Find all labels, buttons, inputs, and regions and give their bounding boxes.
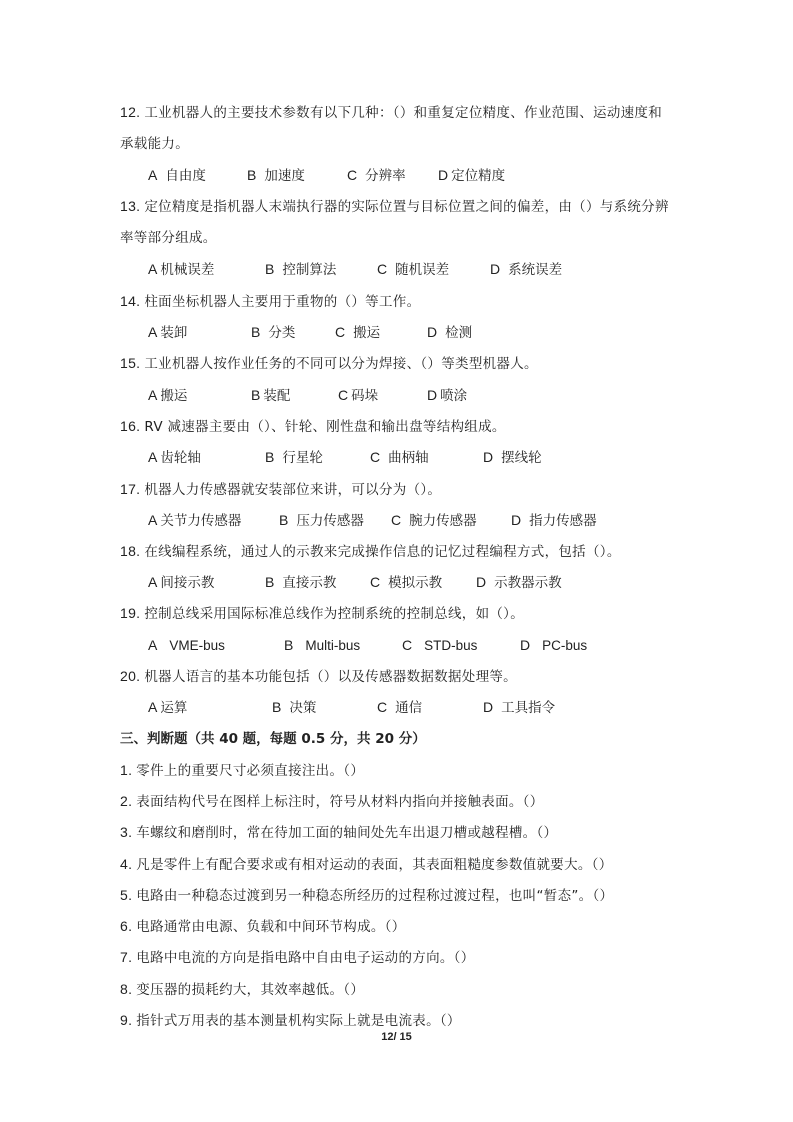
question-number: 14. [120,293,140,309]
judgment-8: 8.变压器的损耗约大，其效率越低。（） [120,980,364,999]
option-c: C曲柄轴 [370,448,429,467]
question-19: 19.控制总线采用国际标准总线作为控制系统的控制总线，如（）。 [120,604,524,623]
question-number: 16. [120,418,140,434]
question-13-continued: 率等部分组成。 [120,229,217,247]
judgment-2: 2.表面结构代号在图样上标注时，符号从材料内指向并接触表面。（） [120,792,544,811]
option-d: D定位精度 [438,166,505,185]
judgment-6: 6.电路通常由电源、负载和中间环节构成。（） [120,917,406,936]
judgment-3: 3.车螺纹和磨削时，常在待加工面的轴间处先车出退刀槽或越程槽。（） [120,823,557,842]
option-a: A搬运 [148,386,187,405]
question-number: 18. [120,543,140,559]
section-heading: 三、判断题（共 40 题，每题 0.5 分，共 20 分） [120,730,426,748]
option-d: D指力传感器 [511,511,597,530]
question-text: 机器人力传感器就安装部位来讲，可以分为（）。 [144,482,441,498]
question-text: 机器人语言的基本功能包括（）以及传感器数据数据处理等。 [144,669,517,685]
option-b: B决策 [272,698,316,717]
option-d: D摆线轮 [483,448,542,467]
option-a: A装卸 [148,323,187,342]
option-a: A机械误差 [148,260,214,279]
question-13: 13.定位精度是指机器人末端执行器的实际位置与目标位置之间的偏差，由（）与系统分… [120,197,669,216]
question-14: 14.柱面坐标机器人主要用于重物的（）等工作。 [120,292,420,311]
option-b: B分类 [251,323,295,342]
option-d: D工具指令 [483,698,555,717]
option-c: C模拟示教 [370,573,442,592]
question-number: 19. [120,605,140,621]
option-a: AVME-bus [148,636,225,655]
question-18: 18.在线编程系统，通过人的示教来完成操作信息的记忆过程编程方式，包括（）。 [120,542,621,561]
question-number: 12. [120,104,140,120]
judgment-5: 5.电路由一种稳态过渡到另一种稳态所经历的过程称过渡过程，也叫“暂态”。（） [120,886,613,905]
option-a: A间接示教 [148,573,214,592]
page-number: 12/ 15 [0,1031,793,1043]
question-15: 15.工业机器人按作业任务的不同可以分为焊接、（）等类型机器人。 [120,354,538,373]
judgment-9: 9.指针式万用表的基本测量机构实际上就是电流表。（） [120,1011,461,1030]
option-c: C搬运 [335,323,380,342]
question-12-continued: 承载能力。 [120,135,189,153]
question-number: 13. [120,198,140,214]
option-c: CSTD-bus [402,636,477,655]
judgment-7: 7.电路中电流的方向是指电路中自由电子运动的方向。（） [120,948,475,967]
option-b: B行星轮 [265,448,323,467]
option-a: A运算 [148,698,187,717]
judgment-1: 1.零件上的重要尺寸必须直接注出。（） [120,761,364,780]
question-text: 定位精度是指机器人末端执行器的实际位置与目标位置之间的偏差，由（）与系统分辨 [144,199,668,215]
question-text: RV 减速器主要由（）、针轮、刚性盘和输出盘等结构组成。 [144,419,505,435]
option-b: B加速度 [247,166,305,185]
judgment-4: 4.凡是零件上有配合要求或有相对运动的表面，其表面粗糙度参数值就要大。（） [120,855,613,874]
question-text: 工业机器人的主要技术参数有以下几种：（）和重复定位精度、作业范围、运动速度和 [144,105,662,121]
option-b: B装配 [251,386,290,405]
question-text: 在线编程系统，通过人的示教来完成操作信息的记忆过程编程方式，包括（）。 [144,544,620,560]
option-b: B压力传感器 [279,511,364,530]
option-c: C通信 [377,698,422,717]
question-text: 柱面坐标机器人主要用于重物的（）等工作。 [144,294,420,310]
option-b: B直接示教 [265,573,336,592]
option-d: D系统误差 [490,260,562,279]
option-a: A关节力传感器 [148,511,241,530]
question-text: 工业机器人按作业任务的不同可以分为焊接、（）等类型机器人。 [144,356,537,372]
option-c: C码垛 [338,386,378,405]
option-c: C分辨率 [347,166,406,185]
option-d: D喷涂 [427,386,467,405]
option-b: BMulti-bus [284,636,360,655]
option-d: D检测 [427,323,472,342]
question-number: 15. [120,355,140,371]
option-d: D示教器示教 [476,573,562,592]
question-number: 20. [120,668,140,684]
option-d: DPC-bus [520,636,587,655]
option-a: A齿轮轴 [148,448,201,467]
option-b: B控制算法 [265,260,336,279]
question-17: 17.机器人力传感器就安装部位来讲，可以分为（）。 [120,480,441,499]
question-number: 17. [120,481,140,497]
question-20: 20.机器人语言的基本功能包括（）以及传感器数据数据处理等。 [120,667,517,686]
option-c: C随机误差 [377,260,449,279]
option-c: C腕力传感器 [391,511,477,530]
question-12: 12.工业机器人的主要技术参数有以下几种：（）和重复定位精度、作业范围、运动速度… [120,103,662,122]
option-a: A自由度 [148,166,206,185]
question-16: 16.RV 减速器主要由（）、针轮、刚性盘和输出盘等结构组成。 [120,417,506,436]
question-text: 控制总线采用国际标准总线作为控制系统的控制总线，如（）。 [144,606,524,622]
